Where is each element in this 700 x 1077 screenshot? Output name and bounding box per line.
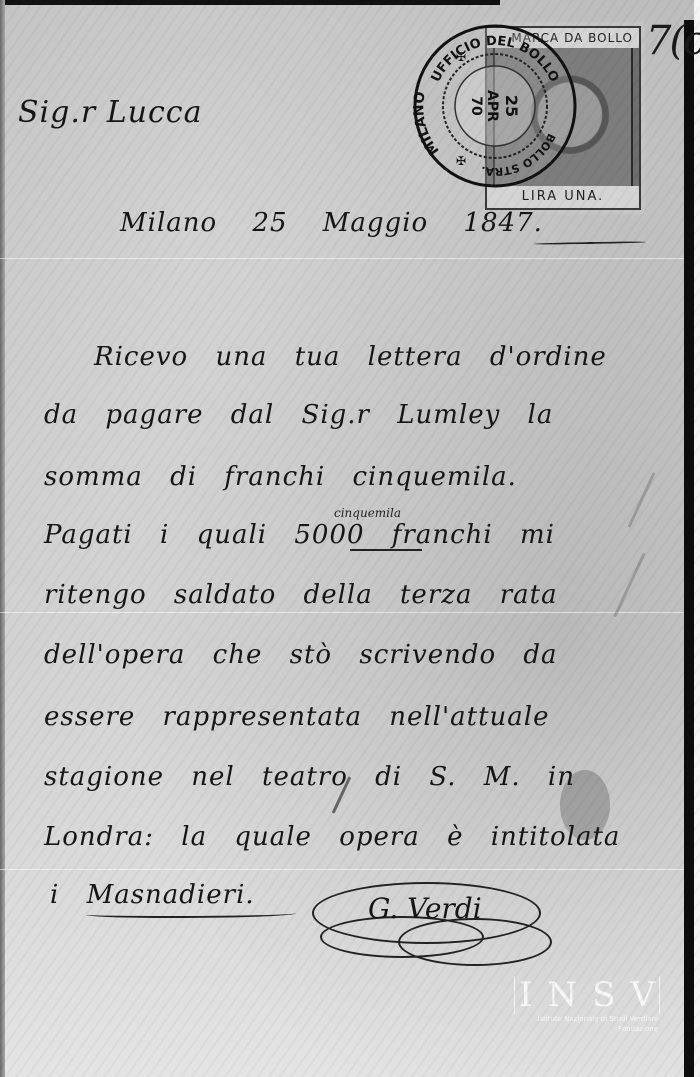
- body-line: ritengo saldato della terza rata: [44, 580, 558, 610]
- body-line: stagione nel teatro di S. M. in: [44, 762, 575, 792]
- ink-stain: [613, 553, 645, 618]
- title-underline: [86, 910, 296, 918]
- svg-text:70: 70: [468, 96, 484, 116]
- body-line: Pagati i quali 5000 franchi mi: [44, 520, 555, 550]
- paper-fold-line: [0, 258, 684, 259]
- interlinear-insertion: cinquemila: [334, 506, 401, 520]
- postmark-icon: UFFICIO DEL BOLLO MILANO BOLLO STRA. 25 …: [412, 23, 578, 189]
- svg-text:APR: APR: [484, 90, 500, 122]
- archive-number: 7(c): [646, 18, 700, 64]
- date-year: 1847.: [463, 208, 542, 238]
- opera-title-line: i Masnadieri.: [50, 880, 255, 910]
- ink-stain: [627, 472, 655, 528]
- postmark-cancellation: UFFICIO DEL BOLLO MILANO BOLLO STRA. 25 …: [412, 23, 578, 189]
- paper-fold-line: [0, 869, 684, 870]
- photo-left-border: [0, 0, 5, 1077]
- date-day: 25: [252, 208, 287, 238]
- letter-sheet: 7(c) MARCA DA BOLLO LIRA UNA. UFFICIO DE…: [0, 0, 700, 1077]
- signature: G. Verdi: [310, 880, 560, 975]
- body-line: essere rappresentata nell'attuale: [44, 702, 549, 732]
- stamp-value-label: LIRA UNA.: [487, 186, 639, 208]
- svg-text:✠: ✠: [456, 50, 466, 64]
- date-place: Milano: [120, 208, 217, 238]
- date-month: Maggio: [323, 208, 428, 238]
- body-line: Londra: la quale opera è intitolata: [44, 822, 620, 852]
- photo-right-margin: [694, 0, 700, 1077]
- body-line: dell'opera che stò scrivendo da: [44, 640, 558, 670]
- salutation: Sig.r Lucca: [18, 95, 203, 130]
- svg-text:✠: ✠: [456, 154, 466, 168]
- body-line: somma di franchi cinquemila.: [44, 462, 517, 492]
- svg-text:25: 25: [502, 95, 521, 117]
- signature-text: G. Verdi: [368, 892, 482, 925]
- watermark-foundation: Fondazione: [514, 1024, 660, 1034]
- body-line: da pagare dal Sig.r Lumley la: [44, 400, 553, 430]
- date-line: Milano 25 Maggio 1847.: [120, 208, 543, 238]
- year-underline: [534, 241, 646, 245]
- watermark-logo: I N S V: [514, 976, 660, 1014]
- amount-underline: [350, 549, 422, 551]
- photo-top-border: [0, 0, 500, 5]
- body-line: Ricevo una tua lettera d'ordine: [94, 342, 607, 372]
- watermark-institution: Istituto Nazionale di Studi Verdiani: [514, 1014, 660, 1024]
- paper-fold-line: [0, 612, 684, 613]
- insv-watermark: I N S V Istituto Nazionale di Studi Verd…: [514, 976, 660, 1034]
- signature-flourish: [398, 918, 552, 966]
